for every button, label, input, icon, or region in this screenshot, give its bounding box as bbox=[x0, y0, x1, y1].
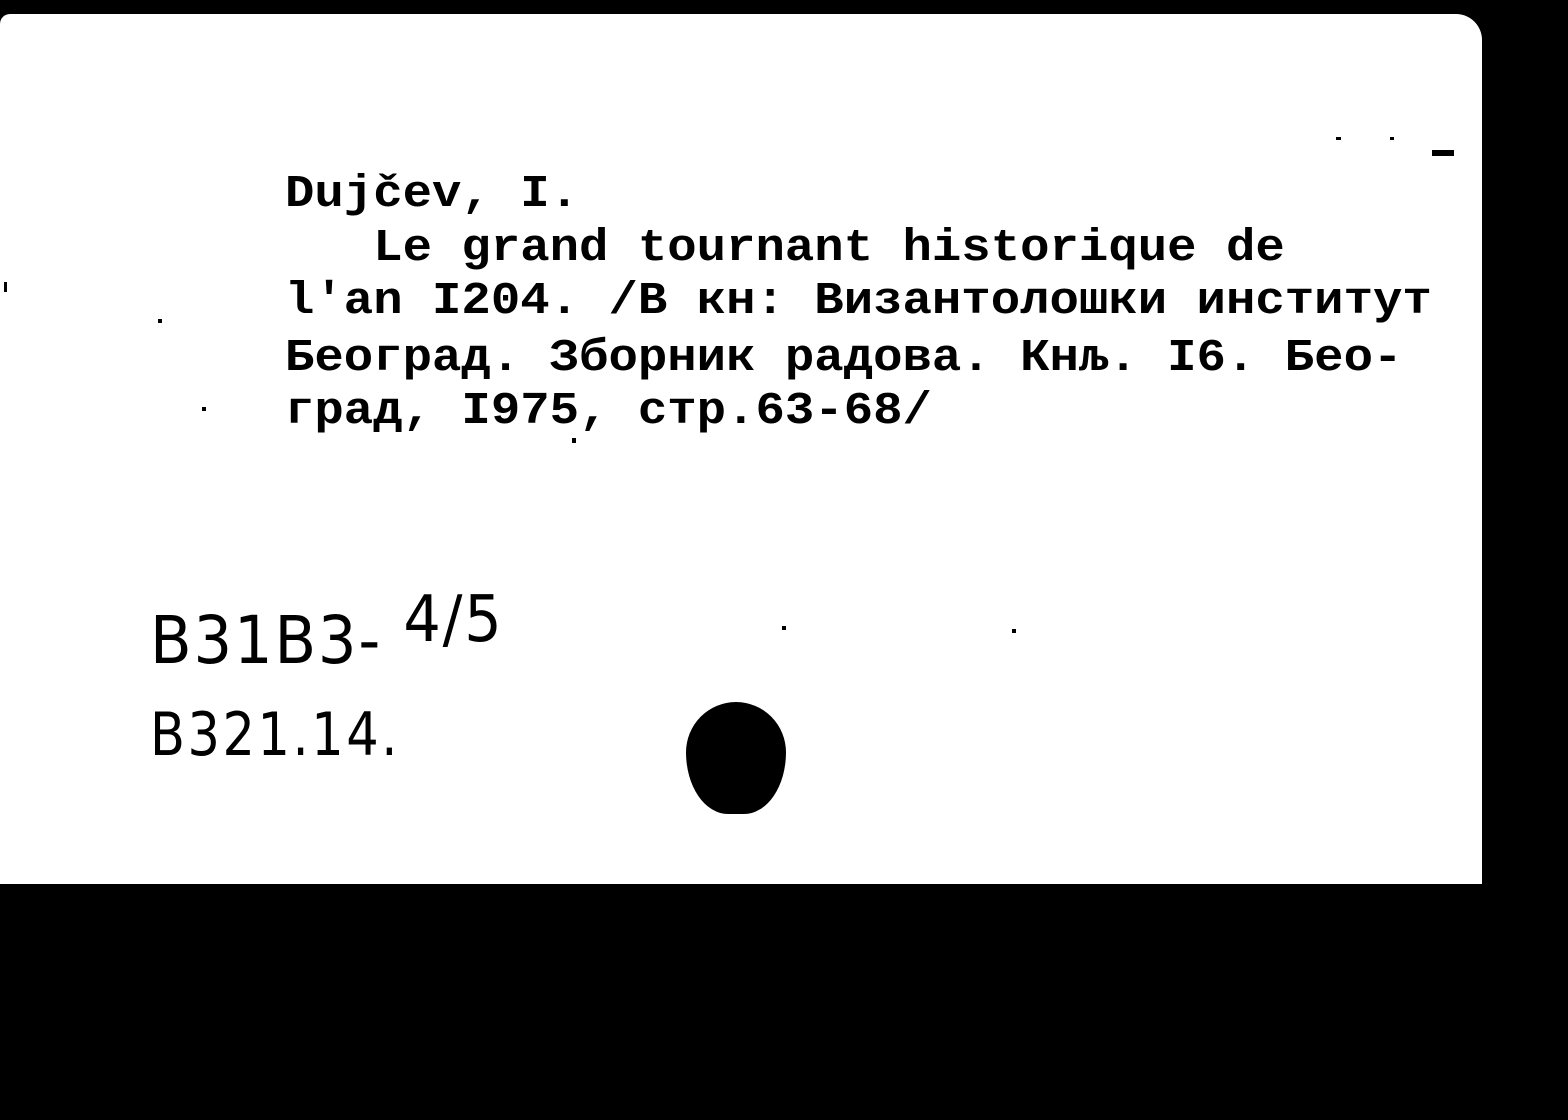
citation-line-3: град, I975, стр.63-68/ bbox=[285, 389, 932, 434]
speck bbox=[4, 282, 7, 292]
citation-line-1: l'an I204. /В кн: Византолошки институт bbox=[285, 279, 1432, 324]
title-line: Le grand tournant historique de bbox=[285, 226, 1285, 271]
speck bbox=[158, 319, 162, 323]
citation-line-2: Београд. Зборник радова. Кнљ. I6. Бео- bbox=[285, 336, 1402, 381]
speck bbox=[1336, 137, 1341, 140]
catalog-card: Dujčev, I. Le grand tournant historique … bbox=[0, 14, 1482, 884]
punch-hole bbox=[686, 702, 786, 814]
shelfmark-1-fraction: 4/5 bbox=[403, 583, 503, 657]
handwritten-shelfmark-1: B31B3- 4/5 bbox=[150, 602, 504, 679]
speck bbox=[202, 407, 206, 411]
shelfmark-1-prefix: B31B3- bbox=[150, 602, 382, 679]
top-right-mark bbox=[1432, 150, 1454, 156]
handwritten-shelfmark-2: B321.14. bbox=[150, 700, 400, 770]
speck bbox=[1390, 137, 1394, 140]
speck bbox=[572, 438, 576, 443]
author-name: Dujčev, I. bbox=[285, 172, 579, 217]
speck bbox=[782, 626, 786, 630]
speck bbox=[1012, 629, 1016, 633]
